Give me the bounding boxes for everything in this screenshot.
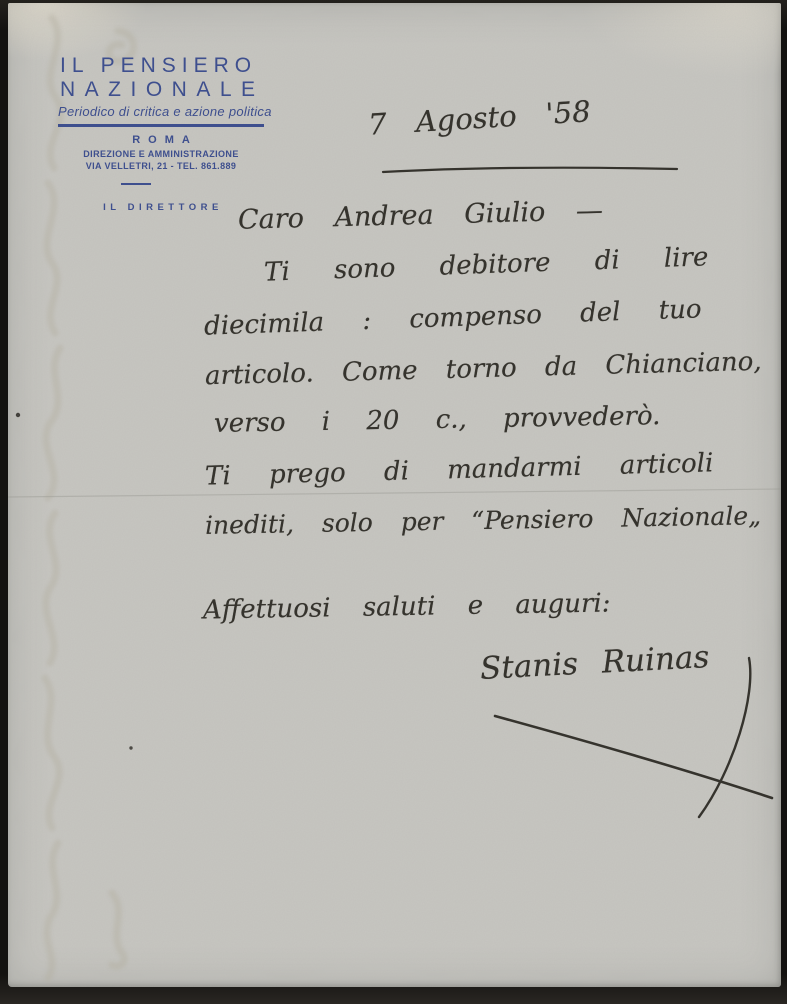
ink-dot (16, 413, 20, 417)
letterhead-address-line: VIA VELLETRI, 21 - TEL. 861.889 (58, 161, 264, 171)
letterhead-title-line2: NAZIONALE (60, 79, 265, 101)
ink-dot (129, 746, 132, 749)
letterhead-small-rule (121, 183, 151, 185)
letterhead-rule (58, 124, 264, 127)
letterhead-title-line1: IL PENSIERO (60, 55, 257, 77)
letterhead-tagline: Periodico di critica e azione politica (58, 104, 272, 119)
letterhead-office-line: DIREZIONE E AMMINISTRAZIONE (58, 149, 264, 159)
director-label: IL DIRETTORE (58, 202, 264, 213)
letterhead-city: ROMA (58, 134, 264, 146)
paper-sheet: IL PENSIERO NAZIONALE Periodico di criti… (8, 3, 781, 987)
